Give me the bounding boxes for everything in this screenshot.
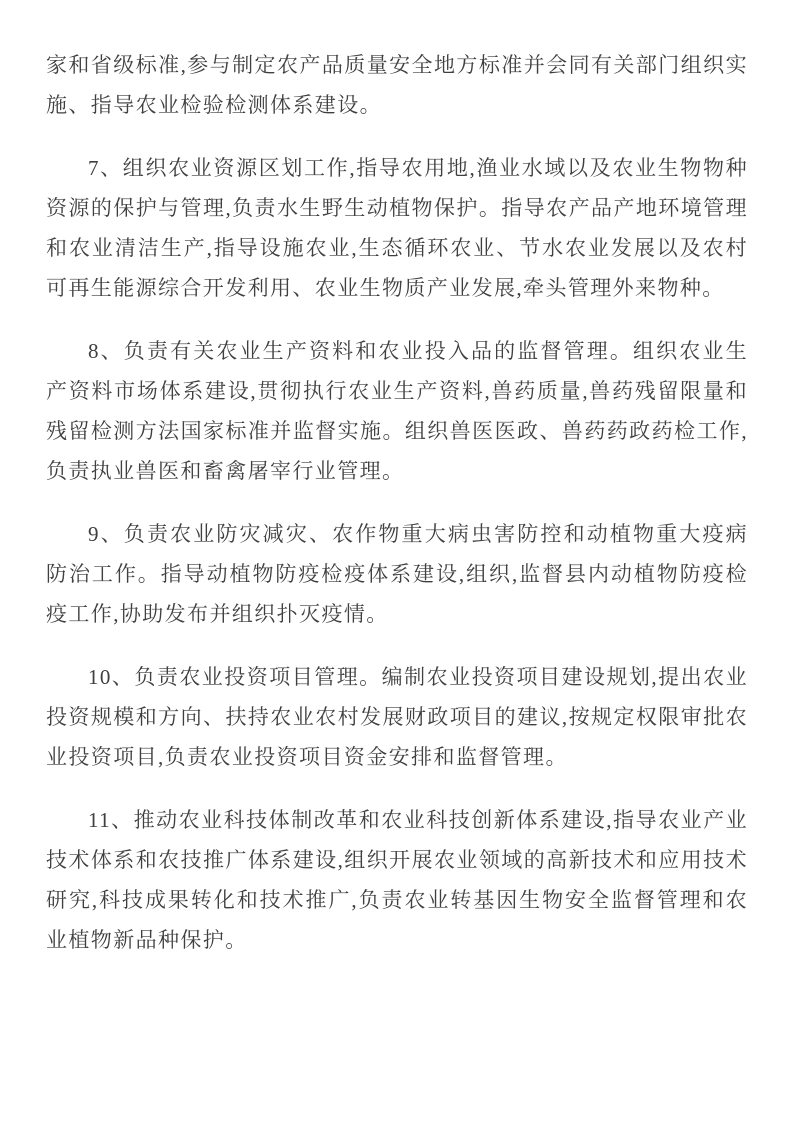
paragraph-item-9: 9、负责农业防灾减灾、农作物重大病虫害防控和动植物重大疫病防治工作。指导动植物防… [46, 514, 748, 634]
paragraph-item-11: 11、推动农业科技体制改革和农业科技创新体系建设,指导农业产业技术体系和农技推广… [46, 800, 748, 960]
paragraph-continuation: 家和省级标准,参与制定农产品质量安全地方标准并会同有关部门组织实施、指导农业检验… [46, 45, 748, 125]
document-page: 家和省级标准,参与制定农产品质量安全地方标准并会同有关部门组织实施、指导农业检验… [0, 0, 793, 1122]
document-body: 家和省级标准,参与制定农产品质量安全地方标准并会同有关部门组织实施、指导农业检验… [46, 45, 748, 960]
paragraph-item-8: 8、负责有关农业生产资料和农业投入品的监督管理。组织农业生产资料市场体系建设,贯… [46, 331, 748, 491]
paragraph-item-10: 10、负责农业投资项目管理。编制农业投资项目建设规划,提出农业投资规模和方向、扶… [46, 657, 748, 777]
paragraph-item-7: 7、组织农业资源区划工作,指导农用地,渔业水域以及农业生物物种资源的保护与管理,… [46, 148, 748, 308]
